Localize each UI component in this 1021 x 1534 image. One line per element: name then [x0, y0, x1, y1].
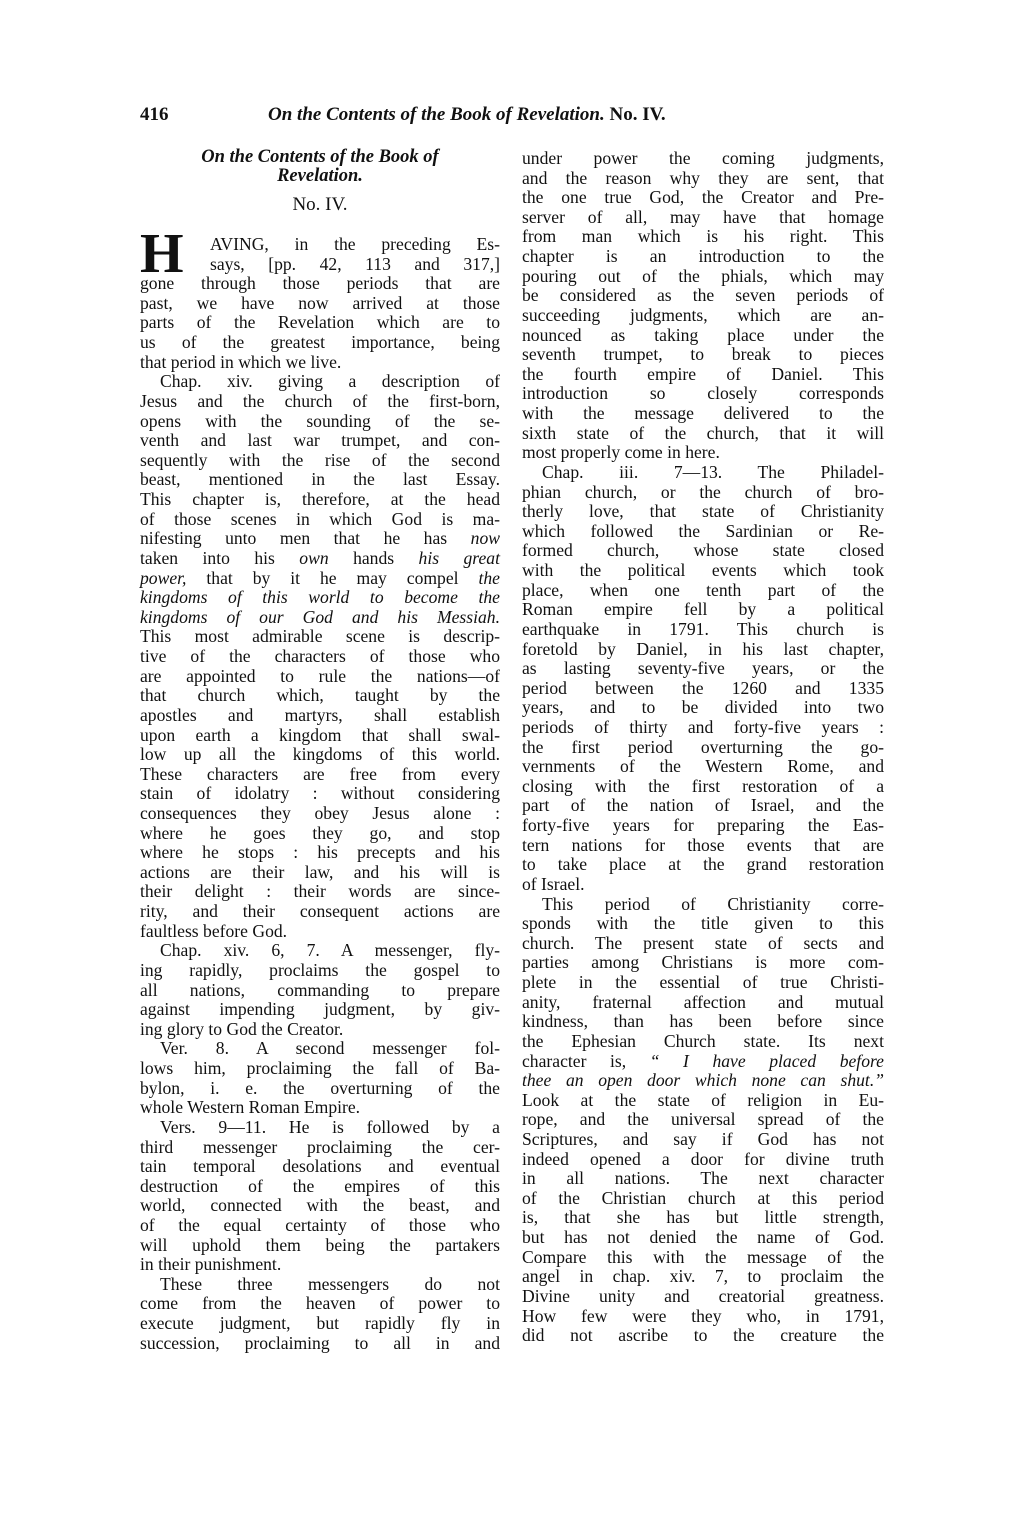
text-line: angel in chap. xiv. 7, to proclaim the	[522, 1266, 884, 1286]
text-line: their delight : their words are since-	[140, 881, 500, 901]
text-line: consequences they obey Jesus alone :	[140, 803, 500, 823]
text-line: of those scenes in which God is ma-	[140, 509, 500, 529]
text-line: Chap. iii. 7—13. The Philadel-	[522, 462, 884, 482]
article-title-block: On the Contents of the Book of Revelatio…	[140, 148, 500, 216]
text-line: tern nations for those events that are	[522, 835, 884, 855]
text-line: Roman empire fell by a political	[522, 599, 884, 619]
text-line: the fourth empire of Daniel. This	[522, 364, 884, 384]
running-header: On the Contents of the Book of Revelatio…	[268, 104, 666, 126]
text-line: in all nations. The next character	[522, 1168, 884, 1188]
text-line: world, connected with the beast, and	[140, 1195, 500, 1215]
text-line: This most admirable scene is descrip-	[140, 626, 500, 646]
text-line: thee an open door which none can shut.”	[522, 1070, 884, 1090]
text-line: Jesus and the church of the first-born,	[140, 391, 500, 411]
text-line: in their punishment.	[140, 1254, 500, 1274]
text-line: earthquake in 1791. This church is	[522, 619, 884, 639]
text-line: Chap. xiv. giving a description of	[140, 371, 500, 391]
text-line: This chapter is, therefore, at the head	[140, 489, 500, 509]
text-line: Chap. xiv. 6, 7. A messenger, fly-	[140, 940, 500, 960]
text-line: place, when one tenth part of the	[522, 580, 884, 600]
text-line: This period of Christianity corre-	[522, 894, 884, 914]
article-number: No. IV.	[140, 194, 500, 216]
text-line: church. The present state of sects and	[522, 933, 884, 953]
text-line: rity, and their consequent actions are	[140, 901, 500, 921]
text-line: lows him, proclaiming the fall of Ba-	[140, 1058, 500, 1078]
text-line: the first period overturning the go-	[522, 737, 884, 757]
text-line: low up all the kingdoms of this world.	[140, 744, 500, 764]
text-line: most properly come in here.	[522, 442, 884, 462]
text-line: part of the nation of Israel, and the	[522, 795, 884, 815]
text-line: of the Christian church at this period	[522, 1188, 884, 1208]
text-line: against impending judgment, by giv-	[140, 999, 500, 1019]
text-line: taken into his own hands his great	[140, 548, 500, 568]
text-line: indeed opened a door for divine truth	[522, 1149, 884, 1169]
article-title-line-1: On the Contents of the Book of	[140, 148, 500, 167]
text-line: nounced as taking place under the	[522, 325, 884, 345]
text-line: ing glory to God the Creator.	[140, 1019, 500, 1039]
text-line: anity, fraternal affection and mutual	[522, 992, 884, 1012]
text-line: of the equal certainty of those who	[140, 1215, 500, 1235]
text-line: apostles and martyrs, shall establish	[140, 705, 500, 725]
text-line: years, and to be divided into two	[522, 697, 884, 717]
text-line: are appointed to rule the nations—of	[140, 666, 500, 686]
text-line: Compare this with the message of the	[522, 1247, 884, 1267]
text-line: foretold by Daniel, in his last chapter,	[522, 639, 884, 659]
text-line: destruction of the empires of this	[140, 1176, 500, 1196]
text-line: is, that she has but little strength,	[522, 1207, 884, 1227]
text-line: Scriptures, and say if God has not	[522, 1129, 884, 1149]
running-header-title: On the Contents of the Book of Revelatio…	[268, 104, 605, 125]
text-line: forty-five years for preparing the Eas-	[522, 815, 884, 835]
text-line: Look at the state of religion in Eu-	[522, 1090, 884, 1110]
text-line: the Ephesian Church state. Its next	[522, 1031, 884, 1051]
text-line: did not ascribe to the creature the	[522, 1325, 884, 1345]
text-line: pouring out of the phials, which may	[522, 266, 884, 286]
text-line: power, that by it he may compel the	[140, 568, 500, 588]
text-line: will uphold them being the partakers	[140, 1235, 500, 1255]
text-line: Vers. 9—11. He is followed by a	[140, 1117, 500, 1137]
text-line: with the message delivered to the	[522, 403, 884, 423]
text-line: which followed the Sardinian or Re-	[522, 521, 884, 541]
text-line: chapter is an introduction to the	[522, 246, 884, 266]
text-line: parts of the Revelation which are to	[140, 312, 500, 332]
text-line: rope, and the universal spread of the	[522, 1109, 884, 1129]
text-line: of Israel.	[522, 874, 884, 894]
text-line: AVING, in the preceding Es-	[210, 234, 500, 254]
text-line: the one true God, the Creator and Pre-	[522, 187, 884, 207]
text-line: nifesting unto men that he has now	[140, 528, 500, 548]
text-line: sponds with the title given to this	[522, 913, 884, 933]
text-line: under power the coming judgments,	[522, 148, 884, 168]
text-line: periods of thirty and forty-five years :	[522, 717, 884, 737]
text-line: upon earth a kingdom that shall swal-	[140, 725, 500, 745]
text-line: whole Western Roman Empire.	[140, 1097, 500, 1117]
text-line: where he goes they go, and stop	[140, 823, 500, 843]
text-line: but has not denied the name of God.	[522, 1227, 884, 1247]
text-line: period between the 1260 and 1335	[522, 678, 884, 698]
text-line: These three messengers do not	[140, 1274, 500, 1294]
text-line: vernments of the Western Rome, and	[522, 756, 884, 776]
running-header-number: No. IV.	[610, 104, 666, 125]
page-number: 416	[140, 104, 169, 126]
text-line: sequently with the rise of the second	[140, 450, 500, 470]
text-line: to take place at the grand restoration	[522, 854, 884, 874]
text-line: sixth state of the church, that it will	[522, 423, 884, 443]
text-line: closing with the first restoration of a	[522, 776, 884, 796]
text-line: where he stops : his precepts and his	[140, 842, 500, 862]
text-line: says, [pp. 42, 113 and 317,]	[210, 254, 500, 274]
text-line: phian church, or the church of bro-	[522, 482, 884, 502]
text-line: stain of idolatry : without considering	[140, 783, 500, 803]
text-line: Divine unity and creatorial greatness.	[522, 1286, 884, 1306]
text-line: tive of the characters of those who	[140, 646, 500, 666]
text-line: server of all, may have that homage	[522, 207, 884, 227]
text-line: venth and last war trumpet, and con-	[140, 430, 500, 450]
text-line: seventh trumpet, to break to pieces	[522, 344, 884, 364]
text-line: faultless before God.	[140, 921, 500, 941]
text-line: introduction so closely corresponds	[522, 383, 884, 403]
text-line: succession, proclaiming to all in and	[140, 1333, 500, 1353]
text-line: all nations, commanding to prepare	[140, 980, 500, 1000]
text-line: that church which, taught by the	[140, 685, 500, 705]
text-line: and the reason why they are sent, that	[522, 168, 884, 188]
text-line: past, we have now arrived at those	[140, 293, 500, 313]
text-line: as lasting seventy-five years, or the	[522, 658, 884, 678]
text-line: opens with the sounding of the se-	[140, 411, 500, 431]
text-line: execute judgment, but rapidly fly in	[140, 1313, 500, 1333]
article-title-line-2: Revelation.	[140, 167, 500, 186]
text-line: gone through those periods that are	[140, 273, 500, 293]
text-line: us of the greatest importance, being	[140, 332, 500, 352]
text-line: ing rapidly, proclaims the gospel to	[140, 960, 500, 980]
text-line: with the political events which took	[522, 560, 884, 580]
text-line: parties among Christians is more com-	[522, 952, 884, 972]
text-line: that period in which we live.	[140, 352, 500, 372]
text-line: plete in the essential of true Christi-	[522, 972, 884, 992]
text-line: beast, mentioned in the last Essay.	[140, 469, 500, 489]
text-line: from man which is his right. This	[522, 226, 884, 246]
text-line: These characters are free from every	[140, 764, 500, 784]
text-line: character is, “ I have placed before	[522, 1051, 884, 1071]
text-line: succeeding judgments, which are an-	[522, 305, 884, 325]
text-line: kingdoms of this world to become the	[140, 587, 500, 607]
text-line: kindness, than has been before since	[522, 1011, 884, 1031]
text-line: third messenger proclaiming the cer-	[140, 1137, 500, 1157]
drop-cap: H	[140, 232, 182, 276]
text-line: therly love, that state of Christianity	[522, 501, 884, 521]
text-line: actions are their law, and his will is	[140, 862, 500, 882]
text-line: Ver. 8. A second messenger fol-	[140, 1038, 500, 1058]
text-line: formed church, whose state closed	[522, 540, 884, 560]
text-line: be considered as the seven periods of	[522, 285, 884, 305]
text-line: How few were they who, in 1791,	[522, 1306, 884, 1326]
text-line: come from the heaven of power to	[140, 1293, 500, 1313]
text-line: tain temporal desolations and eventual	[140, 1156, 500, 1176]
text-line: kingdoms of our God and his Messiah.	[140, 607, 500, 627]
text-line: bylon, i. e. the overturning of the	[140, 1078, 500, 1098]
